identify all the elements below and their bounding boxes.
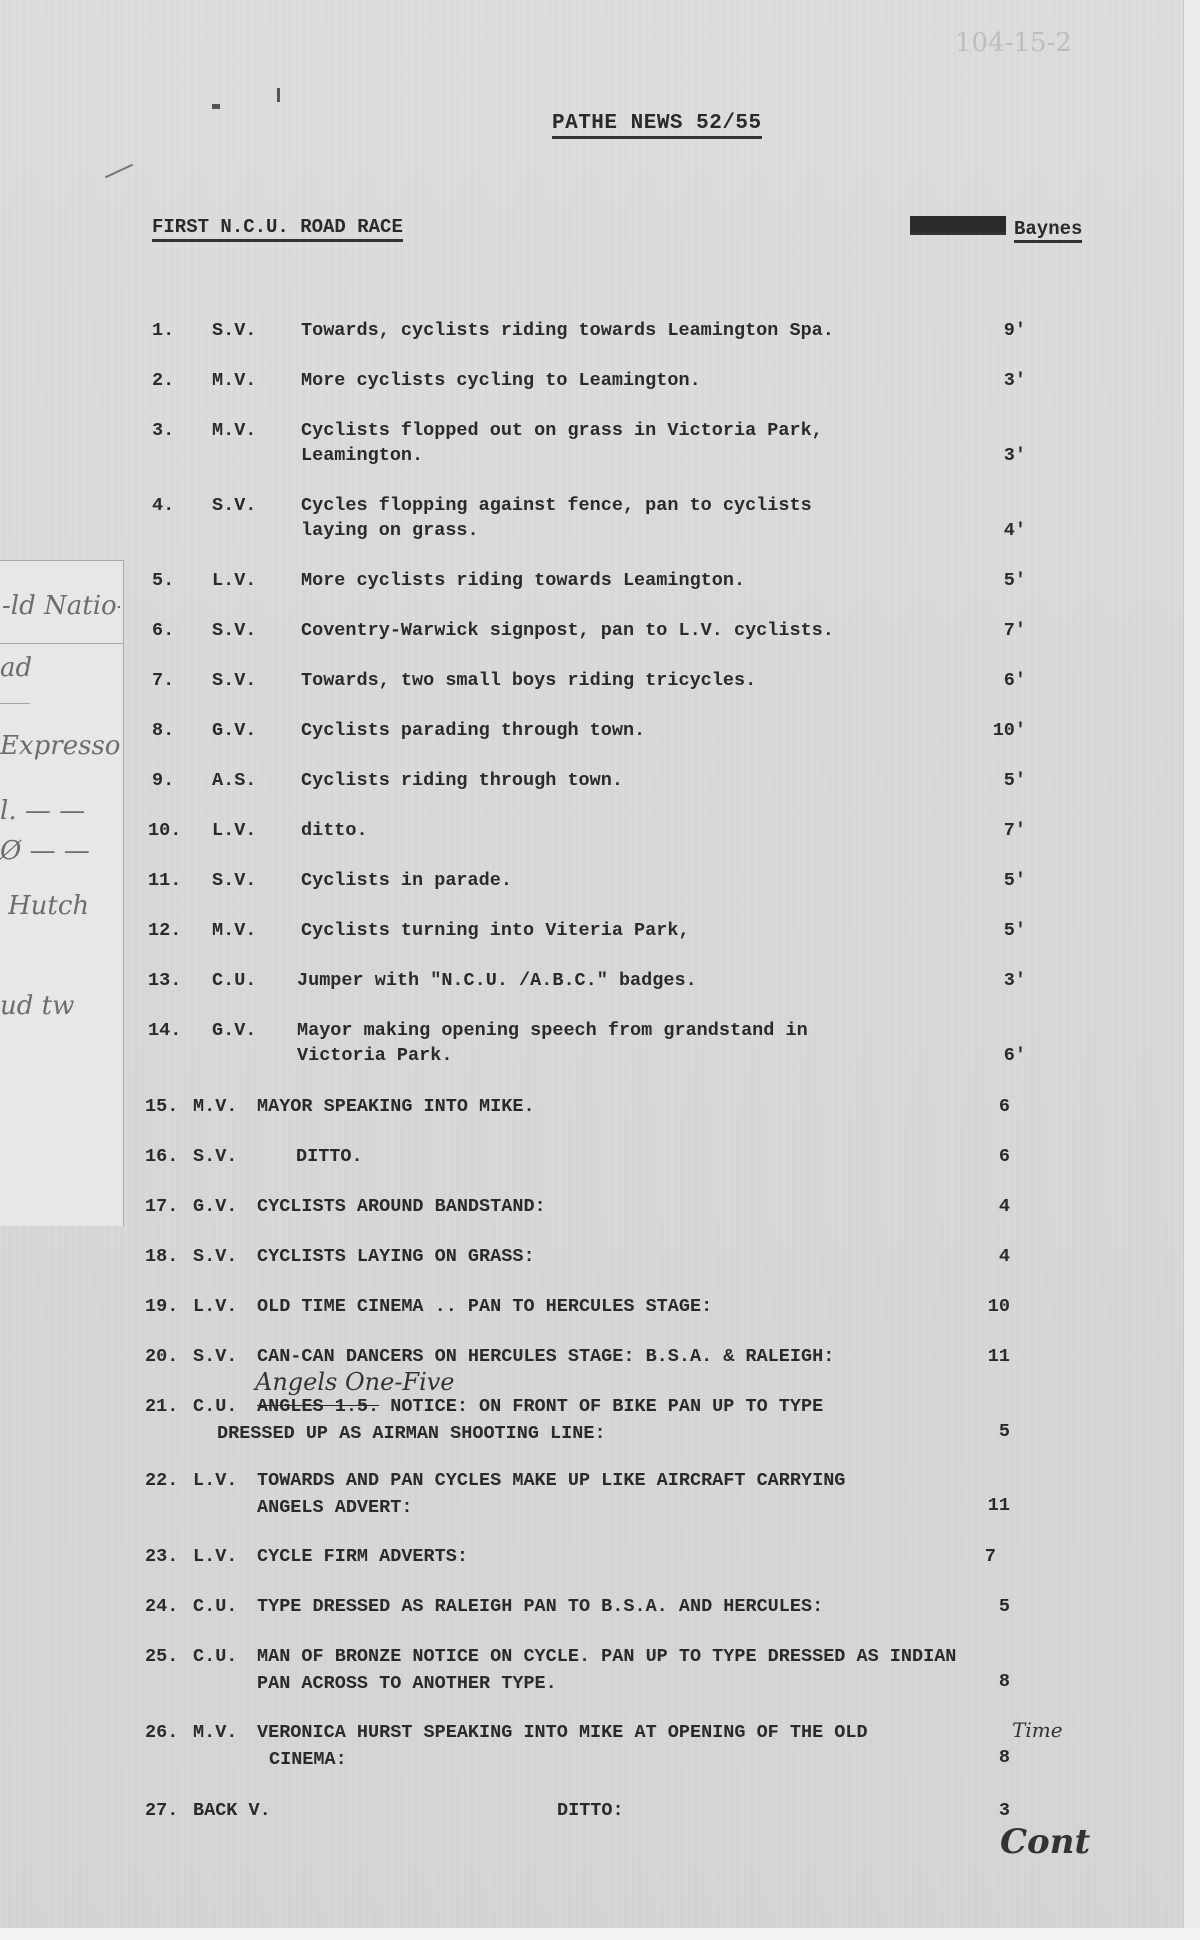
shot-description: Cycles flopping against fence, pan to cy…	[301, 493, 812, 543]
shot-description: ditto.	[301, 818, 368, 843]
shot-duration: 7'	[976, 620, 1026, 641]
shot-type: S.V.	[212, 620, 256, 641]
shot-number: 20.	[145, 1346, 178, 1367]
shot-description: Coventry-Warwick signpost, pan to L.V. c…	[301, 618, 834, 643]
shot-duration: 8	[960, 1747, 1010, 1768]
shot-type: L.V.	[193, 1546, 237, 1567]
shot-description: Cyclists turning into Viteria Park,	[301, 918, 690, 943]
shot-description: Cyclists in parade.	[301, 868, 512, 893]
shot-type: S.V.	[212, 870, 256, 891]
shot-description: VERONICA HURST SPEAKING INTO MIKE AT OPE…	[257, 1720, 868, 1772]
shot-number: 18.	[145, 1246, 178, 1267]
shot-duration: 3'	[976, 370, 1026, 391]
description-line: Victoria Park.	[297, 1043, 808, 1068]
shot-number: 14.	[148, 1020, 181, 1041]
shot-duration: 5'	[976, 770, 1026, 791]
description-line: TOWARDS AND PAN CYCLES MAKE UP LIKE AIRC…	[257, 1468, 845, 1493]
description-line: CYCLISTS AROUND BANDSTAND:	[257, 1194, 546, 1219]
shot-type: L.V.	[193, 1296, 237, 1317]
shot-duration: 5'	[976, 870, 1026, 891]
shot-type: C.U.	[212, 970, 256, 991]
shot-duration: 3'	[976, 970, 1026, 991]
shot-number: 8.	[152, 720, 174, 741]
shot-description: TOWARDS AND PAN CYCLES MAKE UP LIKE AIRC…	[257, 1468, 845, 1520]
ink-speck	[277, 88, 280, 102]
shot-duration: 5'	[976, 920, 1026, 941]
shot-type: L.V.	[212, 820, 256, 841]
shot-type: A.S.	[212, 770, 256, 791]
description-line: DITTO:	[557, 1798, 624, 1823]
shot-number: 24.	[145, 1596, 178, 1617]
shot-number: 1.	[152, 320, 174, 341]
shot-duration: 4	[960, 1246, 1010, 1267]
shot-number: 6.	[152, 620, 174, 641]
description-line: Mayor making opening speech from grandst…	[297, 1018, 808, 1043]
description-line: VERONICA HURST SPEAKING INTO MIKE AT OPE…	[257, 1720, 868, 1745]
shot-number: 3.	[152, 420, 174, 441]
shot-description: TYPE DRESSED AS RALEIGH PAN TO B.S.A. AN…	[257, 1594, 823, 1619]
description-line: ANGELS ADVERT:	[257, 1495, 845, 1520]
description-line: TYPE DRESSED AS RALEIGH PAN TO B.S.A. AN…	[257, 1594, 823, 1619]
shot-duration: 5'	[976, 570, 1026, 591]
shot-description: Cyclists parading through town.	[301, 718, 645, 743]
ink-speck	[212, 104, 220, 109]
shot-number: 23.	[145, 1546, 178, 1567]
shot-type: S.V.	[212, 670, 256, 691]
shot-description: Mayor making opening speech from grandst…	[297, 1018, 808, 1068]
shot-type: L.V.	[212, 570, 256, 591]
shot-description: CYCLE FIRM ADVERTS:	[257, 1544, 468, 1569]
shot-duration: 6'	[976, 670, 1026, 691]
shot-type: G.V.	[193, 1196, 237, 1217]
page-edge-bottom	[0, 1928, 1200, 1940]
description-line: Jumper with "N.C.U. /A.B.C." badges.	[297, 968, 697, 993]
slip-handwriting: ad	[0, 653, 40, 683]
shot-number: 15.	[145, 1096, 178, 1117]
shot-duration: 6'	[976, 1045, 1026, 1066]
shot-description: MAYOR SPEAKING INTO MIKE.	[257, 1094, 535, 1119]
shot-description: OLD TIME CINEMA .. PAN TO HERCULES STAGE…	[257, 1294, 712, 1319]
shot-type: M.V.	[212, 920, 256, 941]
description-line: Cyclists turning into Viteria Park,	[301, 918, 690, 943]
description-line: ditto.	[301, 818, 368, 843]
shot-type: M.V.	[212, 370, 256, 391]
shot-type: C.U.	[193, 1646, 237, 1667]
shot-type: BACK V.	[193, 1800, 271, 1821]
description-line: More cyclists cycling to Leamington.	[301, 368, 701, 393]
shot-description: More cyclists riding towards Leamington.	[301, 568, 745, 593]
shot-description: CYCLISTS LAYING ON GRASS:	[257, 1244, 535, 1269]
author-name: Baynes	[1014, 218, 1082, 243]
shot-number: 2.	[152, 370, 174, 391]
margin-slip: -ld Natio- ad Expresso l. — — Ø — — Hutc…	[0, 560, 124, 1226]
description-line: laying on grass.	[301, 518, 812, 543]
shot-number: 27.	[145, 1800, 178, 1821]
shot-number: 13.	[148, 970, 181, 991]
description-line: Leamington.	[301, 443, 823, 468]
shot-number: 17.	[145, 1196, 178, 1217]
shot-duration: 7'	[976, 820, 1026, 841]
slip-handwriting: ud tw	[0, 991, 120, 1021]
shot-duration: 4	[960, 1196, 1010, 1217]
shot-duration: 11	[960, 1346, 1010, 1367]
description-text: NOTICE: ON FRONT OF BIKE PAN UP TO TYPE	[379, 1396, 823, 1417]
description-line: Cyclists flopped out on grass in Victori…	[301, 418, 823, 443]
shot-number: 21.	[145, 1396, 178, 1417]
description-line: CYCLISTS LAYING ON GRASS:	[257, 1244, 535, 1269]
shot-description: MAN OF BRONZE NOTICE ON CYCLE. PAN UP TO…	[257, 1644, 956, 1696]
shot-number: 26.	[145, 1722, 178, 1743]
description-line: CYCLE FIRM ADVERTS:	[257, 1544, 468, 1569]
shot-number: 11.	[148, 870, 181, 891]
struck-text: ANGLES 1.5.	[257, 1396, 379, 1417]
shot-type: S.V.	[193, 1146, 237, 1167]
shot-duration: 8	[960, 1671, 1010, 1692]
description-line: Towards, two small boys riding tricycles…	[301, 668, 756, 693]
shot-duration: 6	[960, 1146, 1010, 1167]
shot-number: 4.	[152, 495, 174, 516]
redacted-text	[910, 216, 1006, 235]
shot-type: C.U.	[193, 1396, 237, 1417]
description-line: PAN ACROSS TO ANOTHER TYPE.	[257, 1671, 956, 1696]
shot-type: S.V.	[212, 495, 256, 516]
shot-number: 16.	[145, 1146, 178, 1167]
shot-duration: 5	[960, 1421, 1010, 1442]
shot-type: S.V.	[212, 320, 256, 341]
shot-number: 5.	[152, 570, 174, 591]
slip-handwriting: Expresso	[0, 731, 120, 761]
shot-type: S.V.	[193, 1346, 237, 1367]
shot-description: CAN-CAN DANCERS ON HERCULES STAGE: B.S.A…	[257, 1344, 834, 1369]
shot-duration: 3	[960, 1800, 1010, 1821]
shot-type: M.V.	[193, 1722, 237, 1743]
shot-duration: 4'	[976, 520, 1026, 541]
shot-duration: 10	[960, 1296, 1010, 1317]
shot-type: M.V.	[212, 420, 256, 441]
shot-description: Towards, cyclists riding towards Leaming…	[301, 318, 834, 343]
shot-number: 19.	[145, 1296, 178, 1317]
description-line: Cyclists in parade.	[301, 868, 512, 893]
shot-duration: 11	[960, 1495, 1010, 1516]
corner-annotation: 104-15-2	[955, 28, 1072, 58]
slip-handwriting: Ø — —	[0, 836, 120, 866]
description-line: DITTO.	[296, 1144, 363, 1169]
description-line: Cyclists riding through town.	[301, 768, 623, 793]
shot-duration: 5	[960, 1596, 1010, 1617]
slip-handwriting: l. — —	[0, 796, 120, 826]
story-title: FIRST N.C.U. ROAD RACE	[152, 216, 403, 242]
shot-description: More cyclists cycling to Leamington.	[301, 368, 701, 393]
shot-type: C.U.	[193, 1596, 237, 1617]
description-line: ANGLES 1.5. NOTICE: ON FRONT OF BIKE PAN…	[257, 1394, 823, 1419]
description-line: Cycles flopping against fence, pan to cy…	[301, 493, 812, 518]
author-line: Baynes	[910, 216, 1082, 240]
shot-description: Towards, two small boys riding tricycles…	[301, 668, 756, 693]
shot-duration: 10'	[976, 720, 1026, 741]
shot-description: Cyclists flopped out on grass in Victori…	[301, 418, 823, 468]
shot-description: DITTO.	[296, 1144, 363, 1169]
description-line: DRESSED UP AS AIRMAN SHOOTING LINE:	[217, 1421, 823, 1446]
shot-number: 25.	[145, 1646, 178, 1667]
description-line: Cyclists parading through town.	[301, 718, 645, 743]
shot-description: ANGLES 1.5. NOTICE: ON FRONT OF BIKE PAN…	[257, 1394, 823, 1446]
description-line: Coventry-Warwick signpost, pan to L.V. c…	[301, 618, 834, 643]
shot-duration: 7	[946, 1546, 996, 1567]
description-line: OLD TIME CINEMA .. PAN TO HERCULES STAGE…	[257, 1294, 712, 1319]
handwritten-correction: Angels One-Five	[255, 1368, 455, 1396]
description-line: CINEMA:	[269, 1747, 868, 1772]
description-line: CAN-CAN DANCERS ON HERCULES STAGE: B.S.A…	[257, 1344, 834, 1369]
shot-duration: 6	[960, 1096, 1010, 1117]
shot-number: 10.	[148, 820, 181, 841]
shot-duration: 3'	[976, 445, 1026, 466]
shot-number: 9.	[152, 770, 174, 791]
shot-description: DITTO:	[557, 1798, 624, 1823]
shot-description: Jumper with "N.C.U. /A.B.C." badges.	[297, 968, 697, 993]
shot-type: L.V.	[193, 1470, 237, 1491]
slip-handwriting: Hutch	[8, 891, 120, 921]
shot-duration: 9'	[976, 320, 1026, 341]
shot-number: 12.	[148, 920, 181, 941]
description-line: Towards, cyclists riding towards Leaming…	[301, 318, 834, 343]
handwritten-insert: Time	[1012, 1718, 1063, 1742]
shot-type: G.V.	[212, 1020, 256, 1041]
shot-number: 22.	[145, 1470, 178, 1491]
continuation-note: Cont	[1000, 1822, 1090, 1862]
shot-type: S.V.	[193, 1246, 237, 1267]
shot-type: M.V.	[193, 1096, 237, 1117]
shot-description: CYCLISTS AROUND BANDSTAND:	[257, 1194, 546, 1219]
slip-rule	[0, 643, 123, 644]
description-line: MAYOR SPEAKING INTO MIKE.	[257, 1094, 535, 1119]
document-title: PATHE NEWS 52/55	[552, 112, 762, 139]
description-line: More cyclists riding towards Leamington.	[301, 568, 745, 593]
description-line: MAN OF BRONZE NOTICE ON CYCLE. PAN UP TO…	[257, 1644, 956, 1669]
shot-number: 7.	[152, 670, 174, 691]
shot-description: Cyclists riding through town.	[301, 768, 623, 793]
shot-type: G.V.	[212, 720, 256, 741]
page-edge-right	[1183, 0, 1200, 1940]
slip-rule	[0, 703, 30, 704]
slip-handwriting: -ld Natio-	[2, 591, 120, 621]
